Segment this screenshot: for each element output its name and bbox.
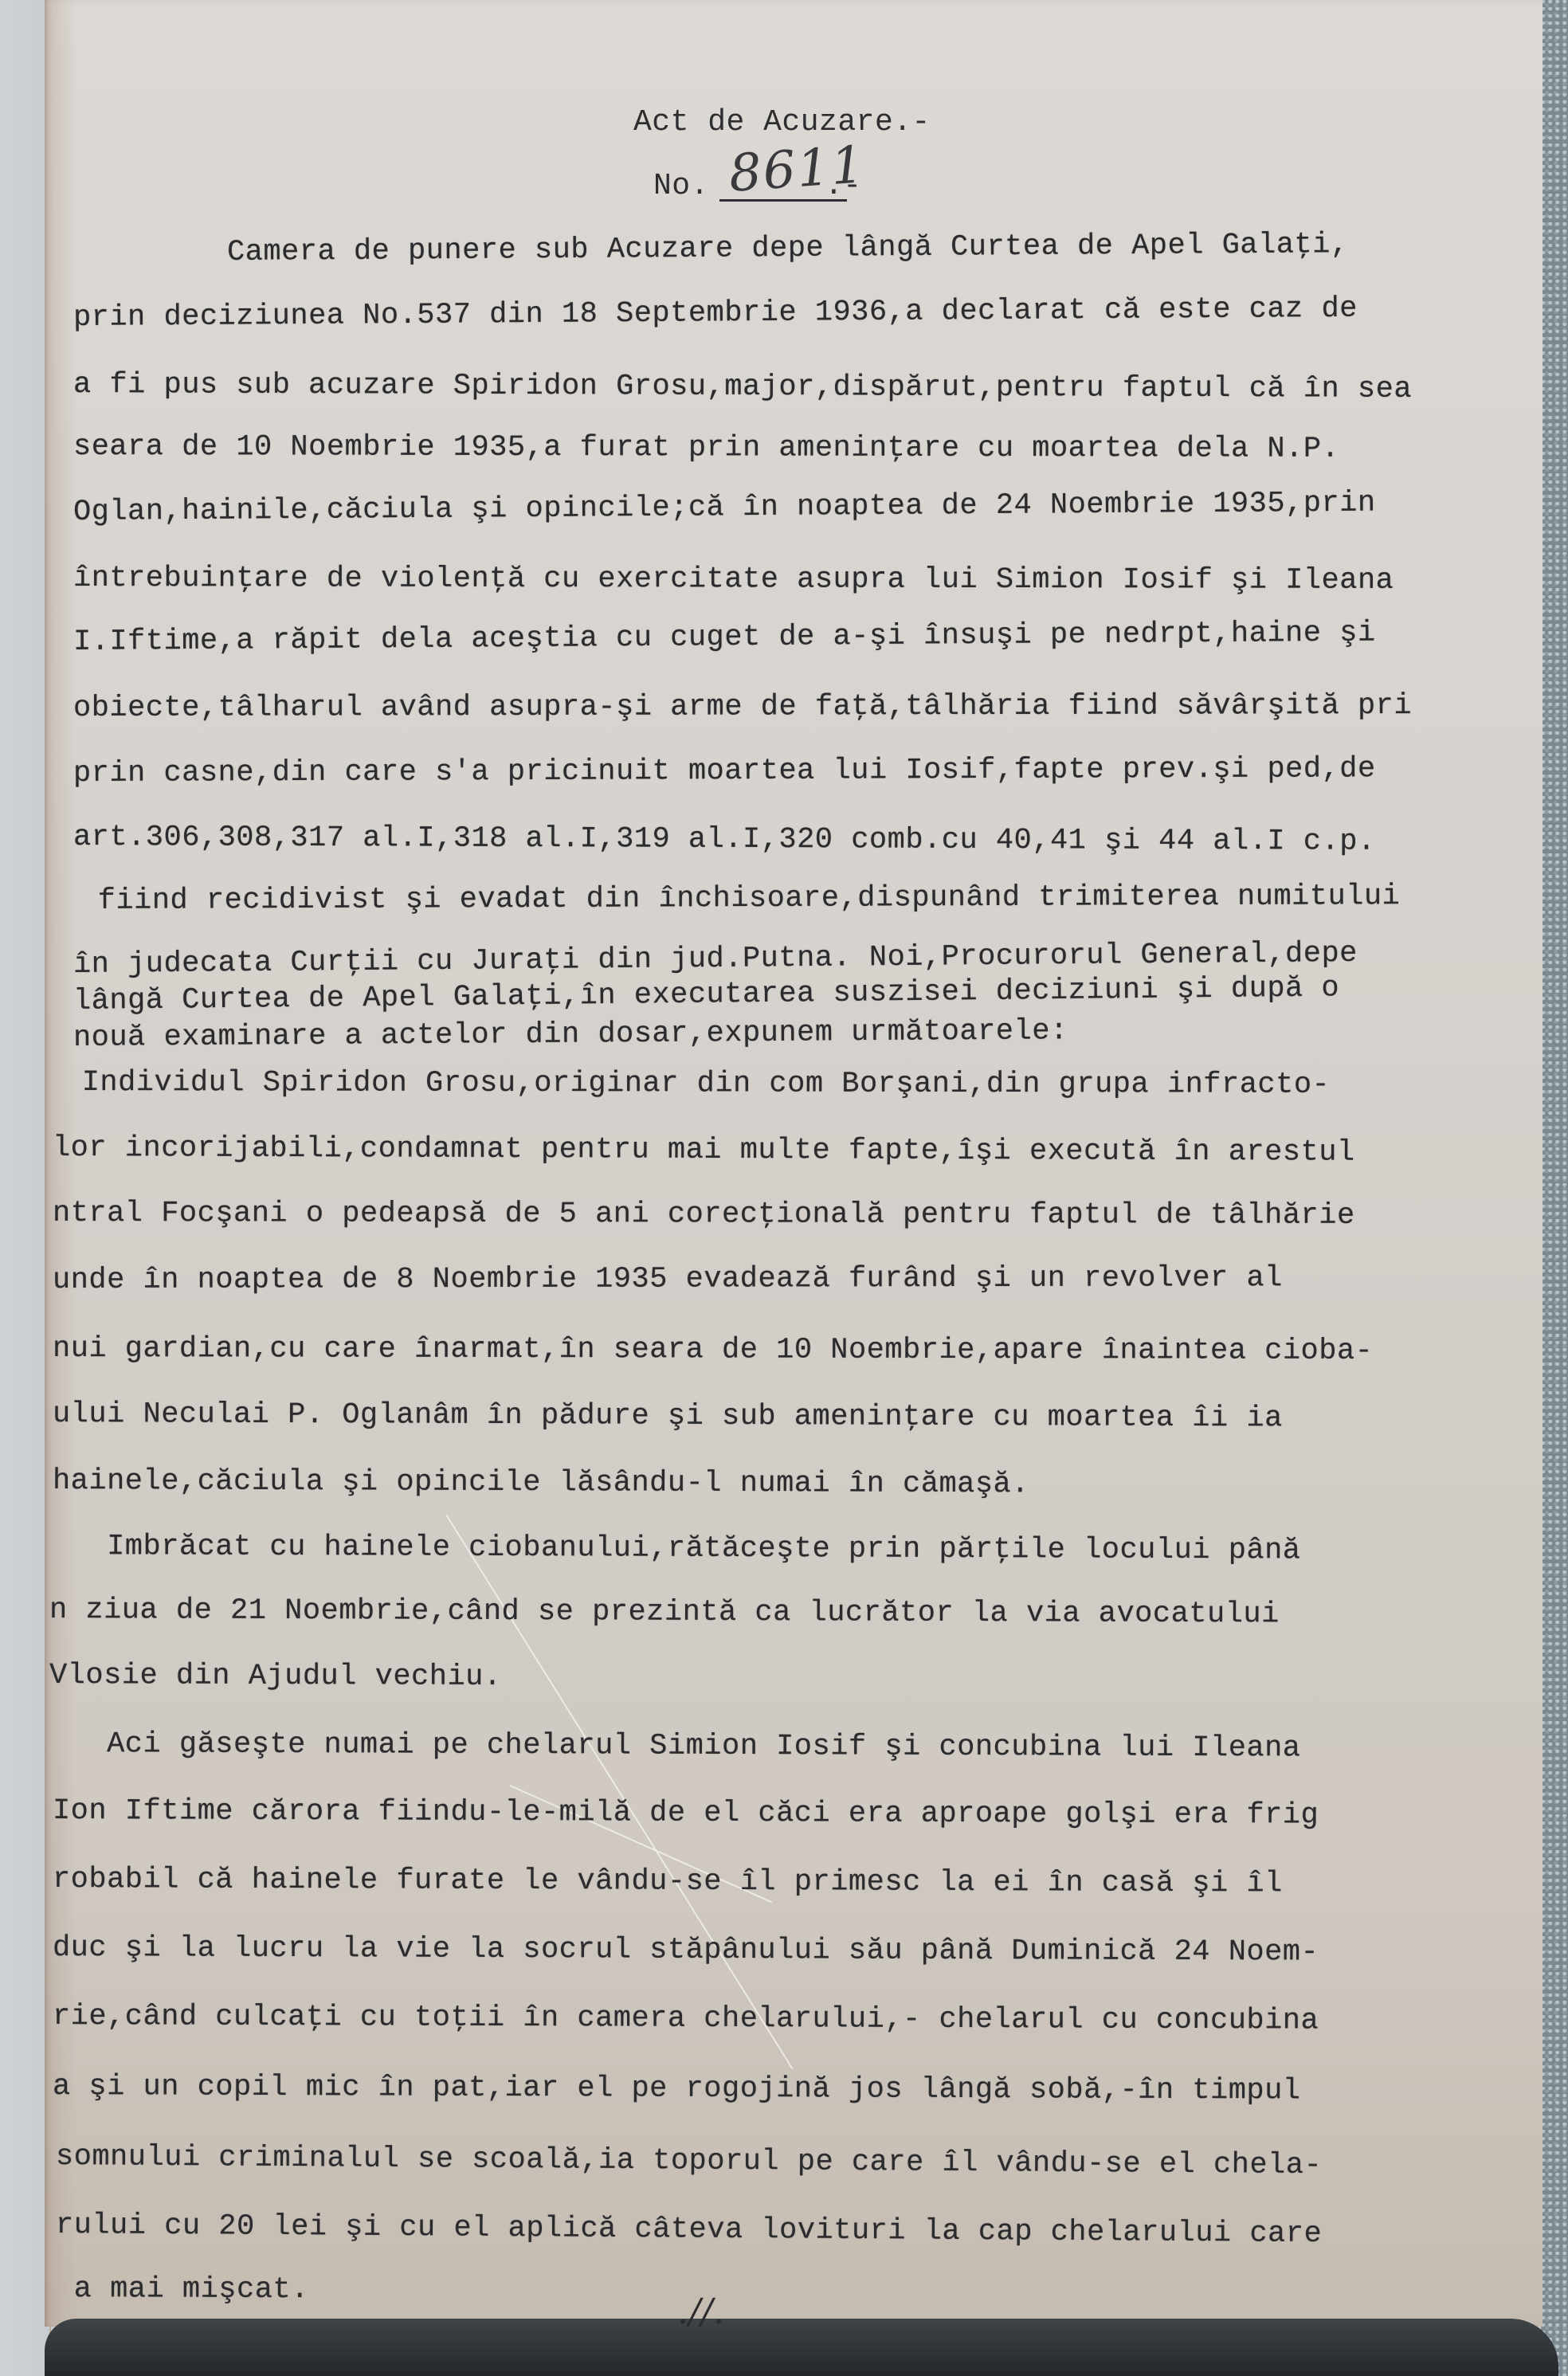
text-line: rului cu 20 lei şi cu el aplică câteva l…	[56, 2209, 1323, 2251]
text-line: a fi pus sub acuzare Spiridon Grosu,majo…	[73, 368, 1412, 406]
text-line: a mai mişcat.	[56, 2272, 309, 2307]
text-line: ului Neculai P. Oglanâm în pădure şi sub…	[53, 1398, 1283, 1435]
text-line: somnului criminalul se scoală,ia toporul…	[56, 2140, 1323, 2182]
text-line: seara de 10 Noembrie 1935,a furat prin a…	[73, 430, 1339, 466]
text-line: Aci găseşte numai pe chelarul Simion Ios…	[53, 1727, 1301, 1765]
text-line: Individul Spiridon Grosu,originar din co…	[64, 1066, 1330, 1102]
text-line: nui gardian,cu care înarmat,în seara de …	[53, 1332, 1373, 1368]
text-line: Imbrăcat cu hainele ciobanului,rătăceşte…	[53, 1530, 1301, 1567]
document-title: Act de Acuzare.-	[633, 105, 931, 139]
text-line: Ion Iftime cărora fiindu-le-milă de el c…	[53, 1794, 1319, 1833]
text-line: robabil că hainele furate le vându-se îl…	[53, 1863, 1283, 1900]
text-line: n ziua de 21 Noembrie,când se prezintă c…	[49, 1594, 1280, 1631]
text-line: ntral Focşani o pedeapsă de 5 ani corecţ…	[53, 1197, 1355, 1233]
text-line: rie,când culcaţi cu toţii în camera chel…	[53, 2000, 1319, 2038]
end-mark: .//.	[677, 2292, 725, 2332]
document-number-label: No.	[653, 169, 709, 203]
text-line: prin casne,din care s'a pricinuit moarte…	[73, 752, 1376, 790]
text-line: duc şi la lucru la vie la socrul stăpânu…	[53, 1931, 1319, 1970]
document-text: Act de Acuzare.- No. 8611 .- Camera de p…	[0, 0, 1568, 2376]
text-line: prin deciziunea No.537 din 18 Septembrie…	[73, 292, 1358, 335]
text-line: Vlosie din Ajudul vechiu.	[49, 1659, 502, 1694]
text-line: I.Iftime,a răpit dela aceştia cu cuget d…	[73, 617, 1376, 659]
text-line: nouă examinare a actelor din dosar,expun…	[73, 1014, 1068, 1055]
document-number-suffix: .-	[825, 169, 862, 203]
text-line: lor incorijabili,condamnat pentru mai mu…	[53, 1131, 1355, 1170]
text-line: Camera de punere sub Acuzare depe lângă …	[227, 228, 1349, 269]
text-line: a şi un copil mic în pat,iar el pe rogoj…	[53, 2070, 1301, 2107]
text-line: hainele,căciula şi opincile lăsându-l nu…	[53, 1464, 1029, 1501]
text-line: fiind recidivist şi evadat din închisoar…	[80, 880, 1401, 918]
text-line: întrebuinţare de violenţă cu exercitate …	[73, 562, 1394, 598]
text-line: unde în noaptea de 8 Noembrie 1935 evade…	[53, 1261, 1283, 1297]
text-line: Oglan,hainile,căciula şi opincile;că în …	[73, 487, 1376, 529]
text-line: obiecte,tâlharul având asupra-şi arme de…	[73, 689, 1412, 725]
text-line: art.306,308,317 al.I,318 al.I,319 al.I,3…	[73, 821, 1376, 859]
